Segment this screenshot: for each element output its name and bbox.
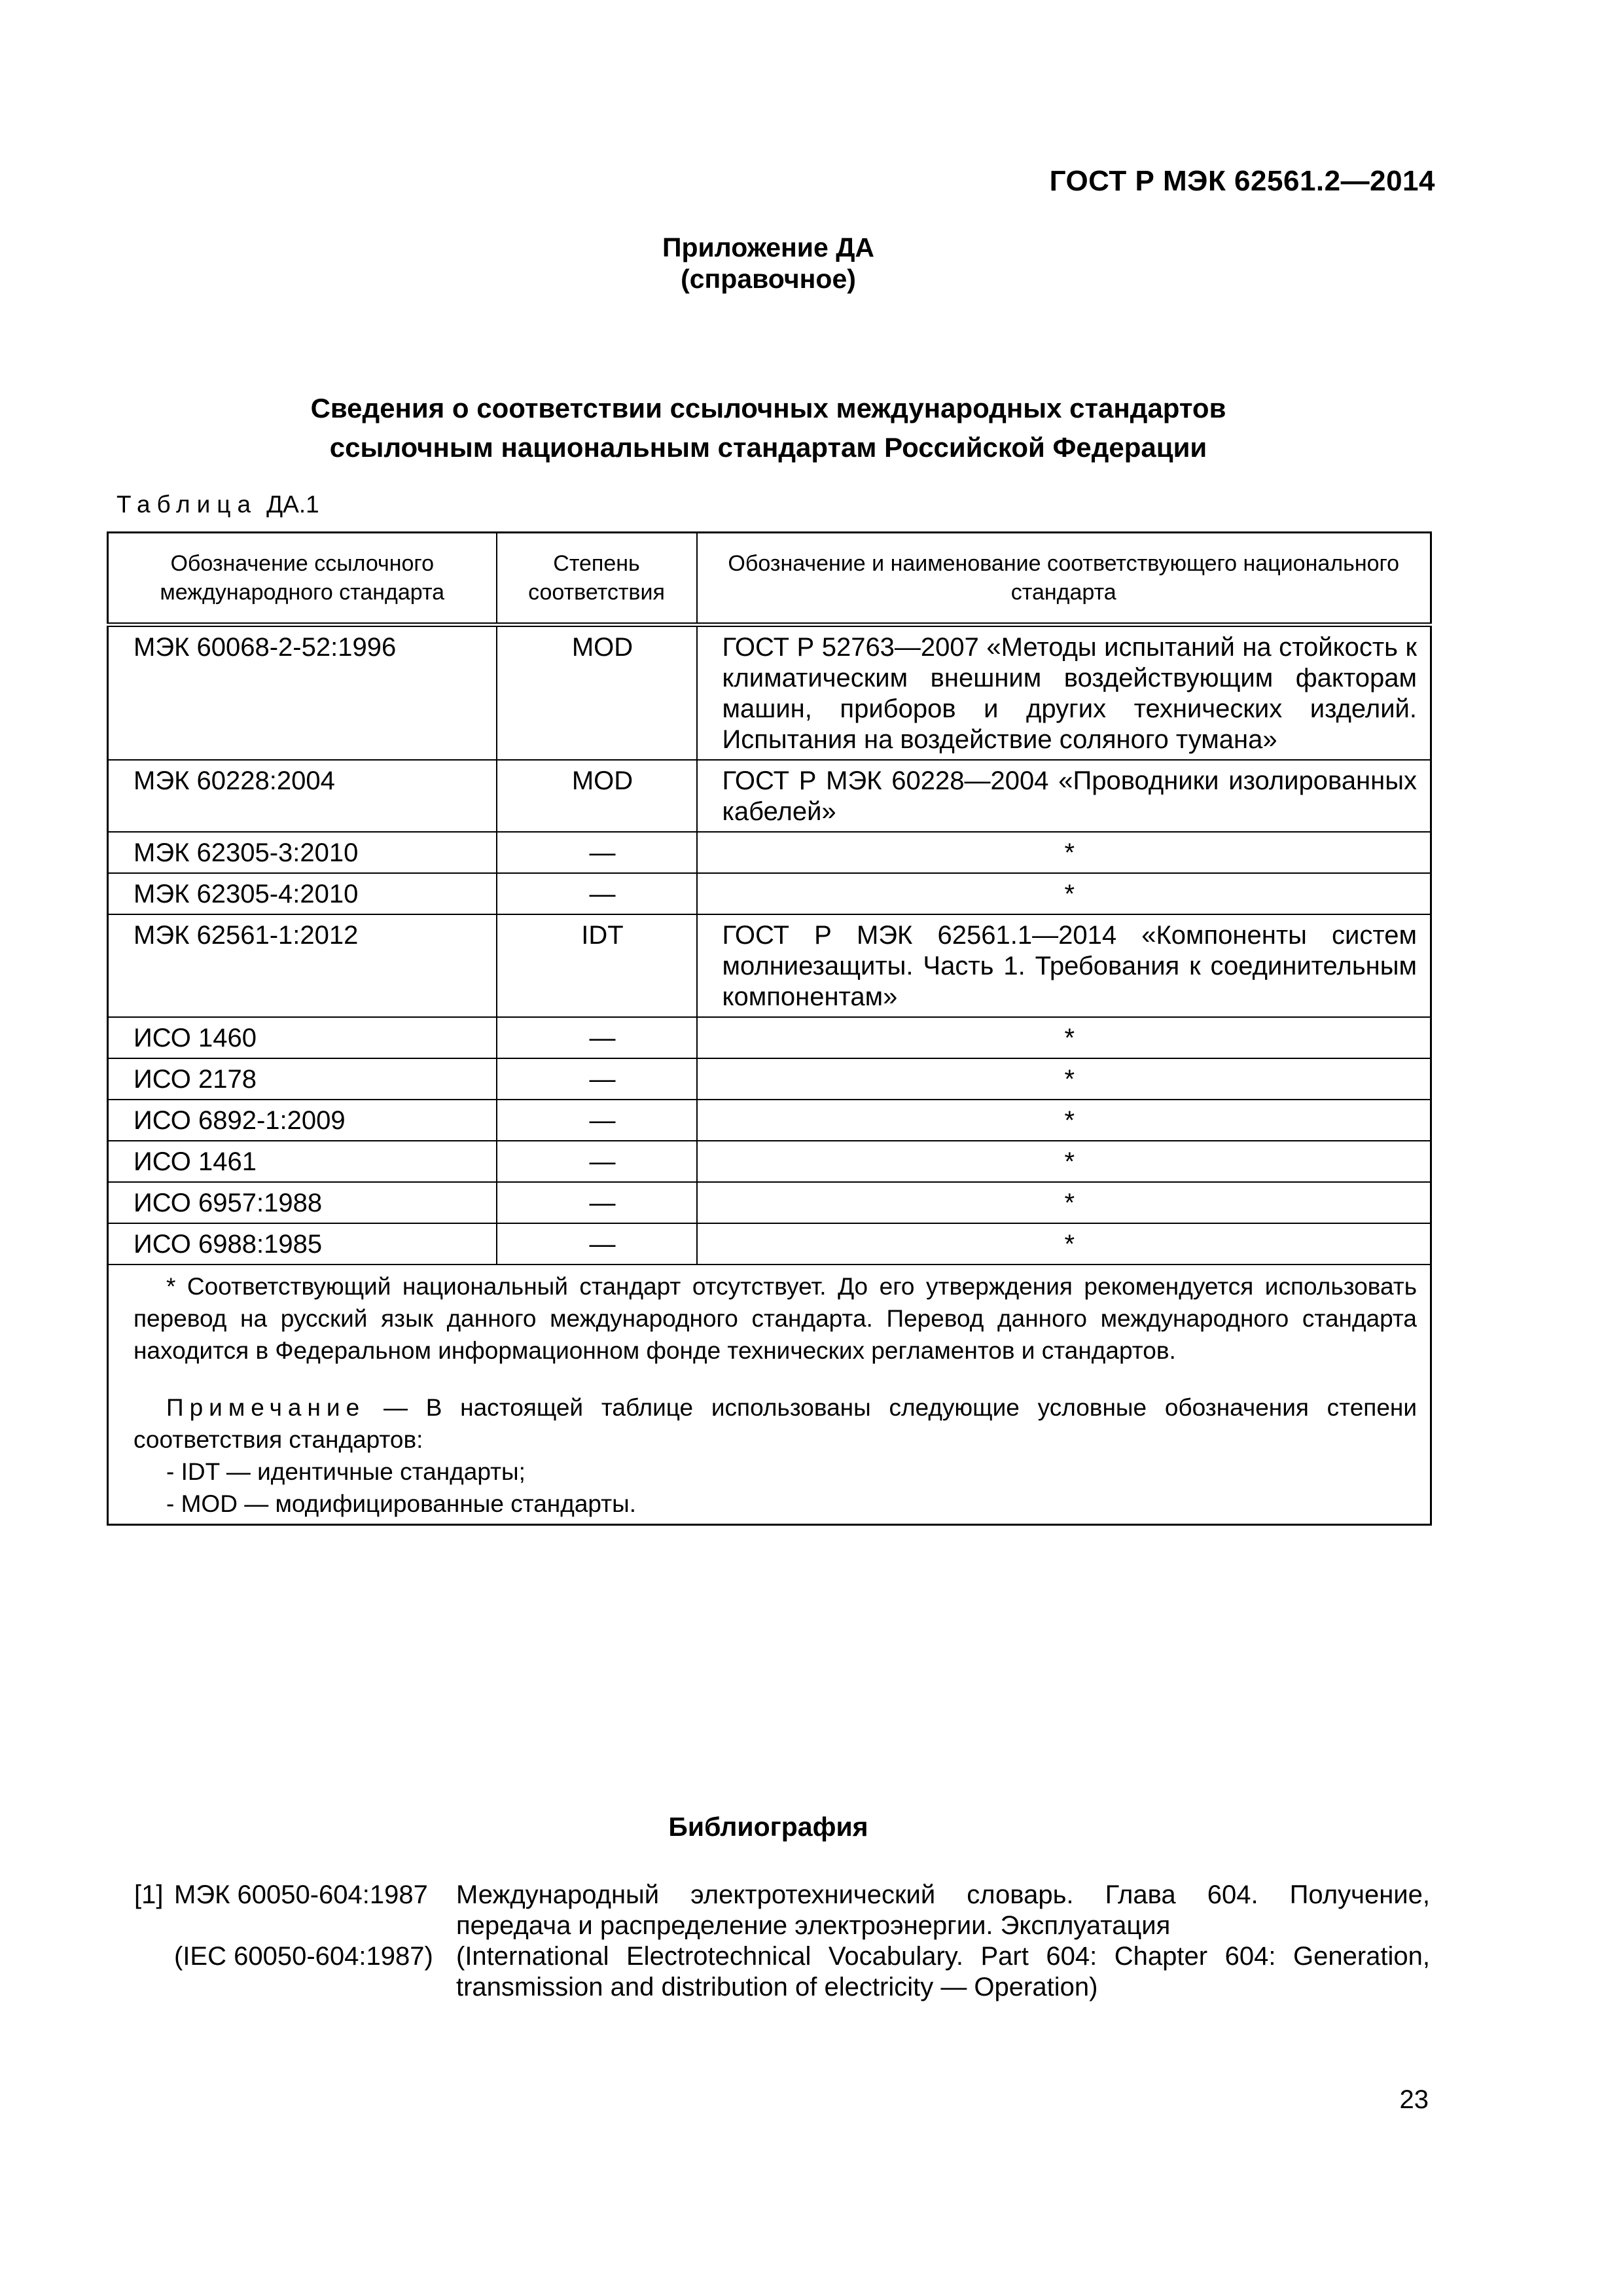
appendix-kind: (справочное)	[107, 263, 1430, 295]
degree-cell: —	[497, 1223, 697, 1265]
intl-standard-cell: МЭК 60068-2-52:1996	[108, 625, 497, 761]
table-row: ИСО 1461 — *	[108, 1141, 1431, 1182]
table-footnote-cell: * Соответствующий национальный стандарт …	[108, 1265, 1431, 1525]
intl-standard-cell: МЭК 62305-4:2010	[108, 873, 497, 914]
page-title-line1: Сведения о соответствии ссылочных междун…	[107, 389, 1430, 428]
table-row: ИСО 6892-1:2009 — *	[108, 1100, 1431, 1141]
note-item-mod: - MOD — модифицированные стандарты.	[166, 1488, 1417, 1520]
intl-standard-cell: ИСО 6988:1985	[108, 1223, 497, 1265]
page-number: 23	[1400, 2085, 1429, 2115]
table-footnote-row: * Соответствующий национальный стандарт …	[108, 1265, 1431, 1525]
degree-cell: —	[497, 1141, 697, 1182]
intl-standard-cell: ИСО 6957:1988	[108, 1182, 497, 1223]
description-en: (International Electrotechnical Vocabula…	[456, 1941, 1430, 2003]
table-row: МЭК 62561-1:2012 IDT ГОСТ Р МЭК 62561.1—…	[108, 914, 1431, 1017]
national-standard-cell: *	[697, 1141, 1431, 1182]
national-standard-cell: *	[697, 1017, 1431, 1058]
table-row: ИСО 6988:1985 — *	[108, 1223, 1431, 1265]
appendix-label: Приложение ДА	[107, 232, 1430, 263]
page-title-line2: ссылочным национальным стандартам Россий…	[107, 428, 1430, 467]
national-standard-cell: *	[697, 1058, 1431, 1100]
note-label: Примечание	[166, 1394, 365, 1421]
national-standard-cell: *	[697, 1182, 1431, 1223]
degree-cell: MOD	[497, 760, 697, 832]
national-standard-cell: *	[697, 873, 1431, 914]
document-page: ГОСТ Р МЭК 62561.2—2014 Приложение ДА (с…	[0, 0, 1623, 2296]
national-standard-cell: ГОСТ Р МЭК 62561.1—2014 «Компоненты сист…	[697, 914, 1431, 1017]
doc-code-header: ГОСТ Р МЭК 62561.2—2014	[1050, 165, 1435, 198]
intl-standard-cell: МЭК 62561-1:2012	[108, 914, 497, 1017]
degree-cell: —	[497, 1017, 697, 1058]
table-row: МЭК 60068-2-52:1996 MOD ГОСТ Р 52763—200…	[108, 625, 1431, 761]
table-row: МЭК 62305-3:2010 — *	[108, 832, 1431, 873]
standard-code-en: (IEC 60050-604:1987)	[174, 1941, 456, 1972]
description-ru: Международный электротехнический словарь…	[456, 1880, 1430, 1941]
degree-cell: MOD	[497, 625, 697, 761]
intl-standard-cell: МЭК 60228:2004	[108, 760, 497, 832]
standard-code-ru: МЭК 60050-604:1987	[174, 1880, 456, 1910]
col-header-degree: Степень соответствия	[497, 533, 697, 625]
col-header-intl-standard: Обозначение ссылочного международного ст…	[108, 533, 497, 625]
intl-standard-cell: ИСО 1461	[108, 1141, 497, 1182]
ref-number: [1]	[134, 1880, 174, 1910]
degree-cell: —	[497, 1182, 697, 1223]
table-row: МЭК 62305-4:2010 — *	[108, 873, 1431, 914]
degree-cell: —	[497, 1100, 697, 1141]
note-item-idt: - IDT — идентичные стандарты;	[166, 1456, 1417, 1488]
table-row: МЭК 60228:2004 MOD ГОСТ Р МЭК 60228—2004…	[108, 760, 1431, 832]
national-standard-cell: ГОСТ Р 52763—2007 «Методы испытаний на с…	[697, 625, 1431, 761]
national-standard-cell: ГОСТ Р МЭК 60228—2004 «Проводники изолир…	[697, 760, 1431, 832]
degree-cell: —	[497, 832, 697, 873]
national-standard-cell: *	[697, 832, 1431, 873]
standards-correspondence-table: Обозначение ссылочного международного ст…	[107, 531, 1432, 1526]
bibliography-row-en: (IEC 60050-604:1987) (International Elec…	[107, 1941, 1430, 2003]
table-caption-number: ДА.1	[266, 491, 319, 518]
table-row: ИСО 2178 — *	[108, 1058, 1431, 1100]
degree-cell: —	[497, 873, 697, 914]
table-row: ИСО 1460 — *	[108, 1017, 1431, 1058]
bibliography-row-ru: [1] МЭК 60050-604:1987 Международный эле…	[107, 1880, 1430, 1941]
page-title: Сведения о соответствии ссылочных междун…	[107, 389, 1430, 467]
national-standard-cell: *	[697, 1100, 1431, 1141]
intl-standard-cell: ИСО 6892-1:2009	[108, 1100, 497, 1141]
degree-cell: IDT	[497, 914, 697, 1017]
table-header-row: Обозначение ссылочного международного ст…	[108, 533, 1431, 625]
intl-standard-cell: ИСО 1460	[108, 1017, 497, 1058]
bibliography-entry: [1] МЭК 60050-604:1987 Международный эле…	[107, 1880, 1430, 2003]
table-caption-word: Таблица	[116, 491, 257, 518]
table-caption: ТаблицаДА.1	[116, 491, 319, 518]
table-row: ИСО 6957:1988 — *	[108, 1182, 1431, 1223]
col-header-national-standard: Обозначение и наименование соответствующ…	[697, 533, 1431, 625]
intl-standard-cell: МЭК 62305-3:2010	[108, 832, 497, 873]
degree-cell: —	[497, 1058, 697, 1100]
table-footnote: * Соответствующий национальный стандарт …	[134, 1270, 1417, 1367]
appendix-heading: Приложение ДА (справочное)	[107, 232, 1430, 295]
bibliography-title: Библиография	[107, 1812, 1430, 1842]
intl-standard-cell: ИСО 2178	[108, 1058, 497, 1100]
table-note: Примечание — В настоящей таблице использ…	[134, 1391, 1417, 1456]
national-standard-cell: *	[697, 1223, 1431, 1265]
